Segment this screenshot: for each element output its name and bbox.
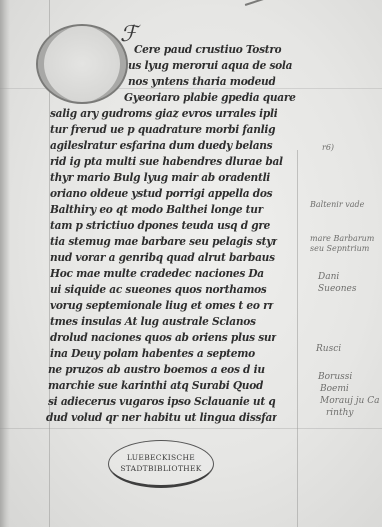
- gloss-mare-barbarum: mare Barbarum seu Sepntrium: [310, 234, 376, 254]
- text-line: Balthiry eo qt modo Balthei longe tur: [50, 202, 263, 216]
- text-line: Gyeoriaro plabie gpedia quare: [124, 90, 296, 104]
- stamp-line-2: STADTBIBLIOTHEK: [120, 463, 201, 474]
- text-line: tur frerud ue p quadrature morbi fanlig: [50, 122, 275, 136]
- gloss-baltenir: Baltenir vade: [310, 200, 364, 210]
- text-line: tia stemug mae barbare seu pelagis styr: [50, 234, 277, 248]
- text-line: tam p strictiuo dpones teuda usq d gre: [50, 218, 270, 232]
- text-line: ne pruzos ab austro boemos a eos d iu: [48, 362, 265, 376]
- text-line: marchie sue karinthi atq Surabi Quod: [48, 378, 263, 392]
- text-line: thyr mario Bulg lyug mair ab oradentli: [50, 170, 270, 184]
- text-line: rid ig pta multi sue habendres dlurae ba…: [50, 154, 283, 168]
- text-line: ui siquide ac sueones quos northamos: [50, 282, 267, 296]
- gloss-rusci: Rusci: [316, 344, 341, 354]
- ink-stroke: [245, 0, 266, 5]
- text-line: nos yntens tharia modeud: [128, 74, 276, 88]
- text-line: Cere paud crustiuo Tostro: [134, 42, 281, 56]
- text-line: agileslratur esfarina dum duedy belans: [50, 138, 272, 152]
- gloss-morauj: Morauj ju Ca: [320, 396, 379, 406]
- text-line: nud vorar a genribq quad alrut barbaus: [50, 250, 275, 264]
- gloss-top-right: r6): [322, 143, 334, 153]
- illuminated-initial: [36, 24, 128, 104]
- gloss-dani: Dani: [318, 272, 339, 282]
- library-stamp: LUEBECKISCHE STADTBIBLIOTHEK: [108, 440, 214, 488]
- manuscript-page: ℱ Cere paud crustiuo Tostro us lyug mero…: [0, 0, 382, 527]
- text-line: dud volud qr ner habitu ut lingua dissfa…: [46, 410, 277, 424]
- gloss-boemi: Boemi: [320, 384, 349, 394]
- gloss-borussi: Borussi: [318, 372, 352, 382]
- text-line: tmes insulas At lug australe Sclanos: [50, 314, 256, 328]
- text-line: oriano oldeue ystud porrigi appella dos: [50, 186, 272, 200]
- gloss-sueones: Sueones: [318, 284, 356, 294]
- margin-rule-right: [297, 150, 298, 527]
- text-line: us lyug merorui aqua de sola: [128, 58, 292, 72]
- text-line: si adiecerus vugaros ipso Sclauanie ut q: [48, 394, 275, 408]
- text-line: vorug septemionale liug et omes t eo rr: [50, 298, 274, 312]
- fold-line-bottom: [0, 428, 382, 429]
- text-line: drolud naciones quos ab oriens plus sur: [50, 330, 277, 344]
- text-line: salig ary gudroms giaz evros urrales ipl…: [50, 106, 277, 120]
- page-edge-shadow: [0, 0, 10, 527]
- text-line: Hoc mae multe cradedec naciones Da: [50, 266, 264, 280]
- text-line: ina Deuy polam habentes a septemo: [50, 346, 255, 360]
- gloss-rinthy: rinthy: [326, 408, 353, 418]
- stamp-line-1: LUEBECKISCHE: [127, 452, 195, 463]
